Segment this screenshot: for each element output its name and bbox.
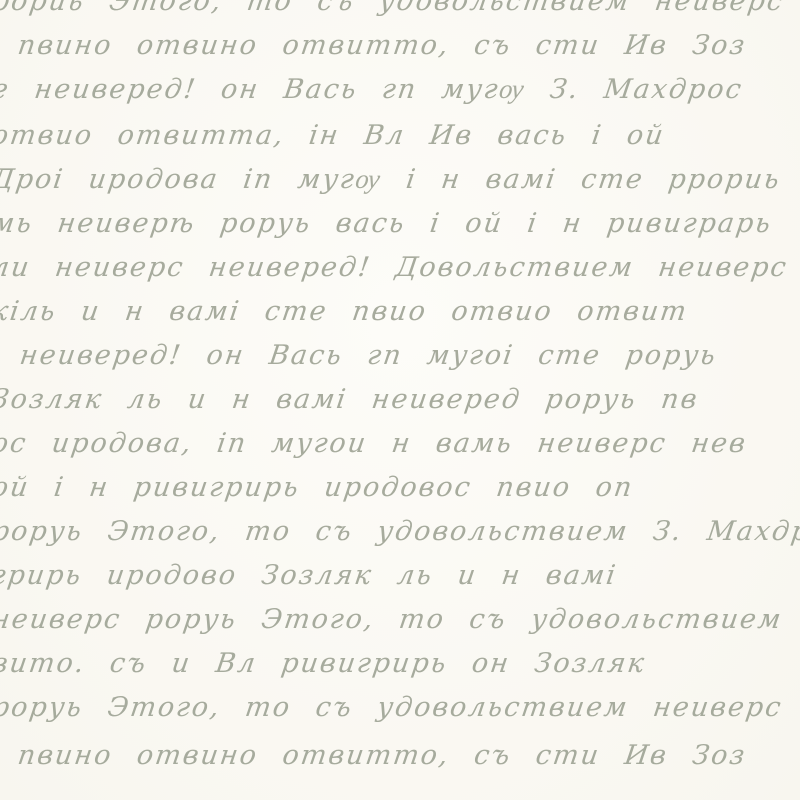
handwritten-line: вито. съ и Вл ривигрирь он Зозляк [0, 648, 648, 679]
handwritten-line: Дроі иродова іп мугѹ і н вамі сте рроpuь [0, 164, 783, 195]
handwritten-line: неиверс роруь Этого, то съ удовольствием… [0, 604, 800, 635]
handwritten-line: е неиверед! он Вась гп мугѹ З. Махдрос [0, 74, 745, 105]
handwritten-line: роруь Этого, то съ удовольствием неиверс… [0, 692, 800, 723]
handwritten-line: грирь иродово Зозляк ль и н вамі [0, 560, 619, 591]
handwritten-line: кіль и н вамі сте пвио отвио отвит [0, 296, 690, 327]
handwritten-line: ли неиверс неиверед! Довольствием неивер… [0, 252, 800, 283]
handwritten-line: рорuь Этого, то съ удовольствием неиверс… [0, 0, 800, 17]
handwritten-line: неиверед! он Вась гп мугоі сте роруь [18, 340, 719, 371]
handwritten-line: пвино отвино отвитто, съ сти Ив Зоз [16, 30, 749, 61]
handwritten-line: отвио отвитта, ін Вл Ив вась і ой [0, 120, 667, 151]
handwritten-line: роруь Этого, то съ удовольствием З. Махд… [0, 516, 800, 547]
handwritten-line: Зозляк ль и н вамі неиверед роруь пв [0, 384, 701, 415]
handwritten-line: ой і н ривигрирь иродовос пвио оп [0, 472, 636, 503]
handwritten-line: мь неиверѣ роруь вась і ой і н ривиграрь [0, 208, 774, 239]
handwritten-line: ос иродова, іп мугои н вамь неиверс нев [0, 428, 749, 459]
paper-background: рорuь Этого, то съ удовольствием неиверс… [0, 0, 800, 800]
handwritten-line: пвино отвино отвитто, съ сти Ив Зоз [16, 740, 749, 771]
